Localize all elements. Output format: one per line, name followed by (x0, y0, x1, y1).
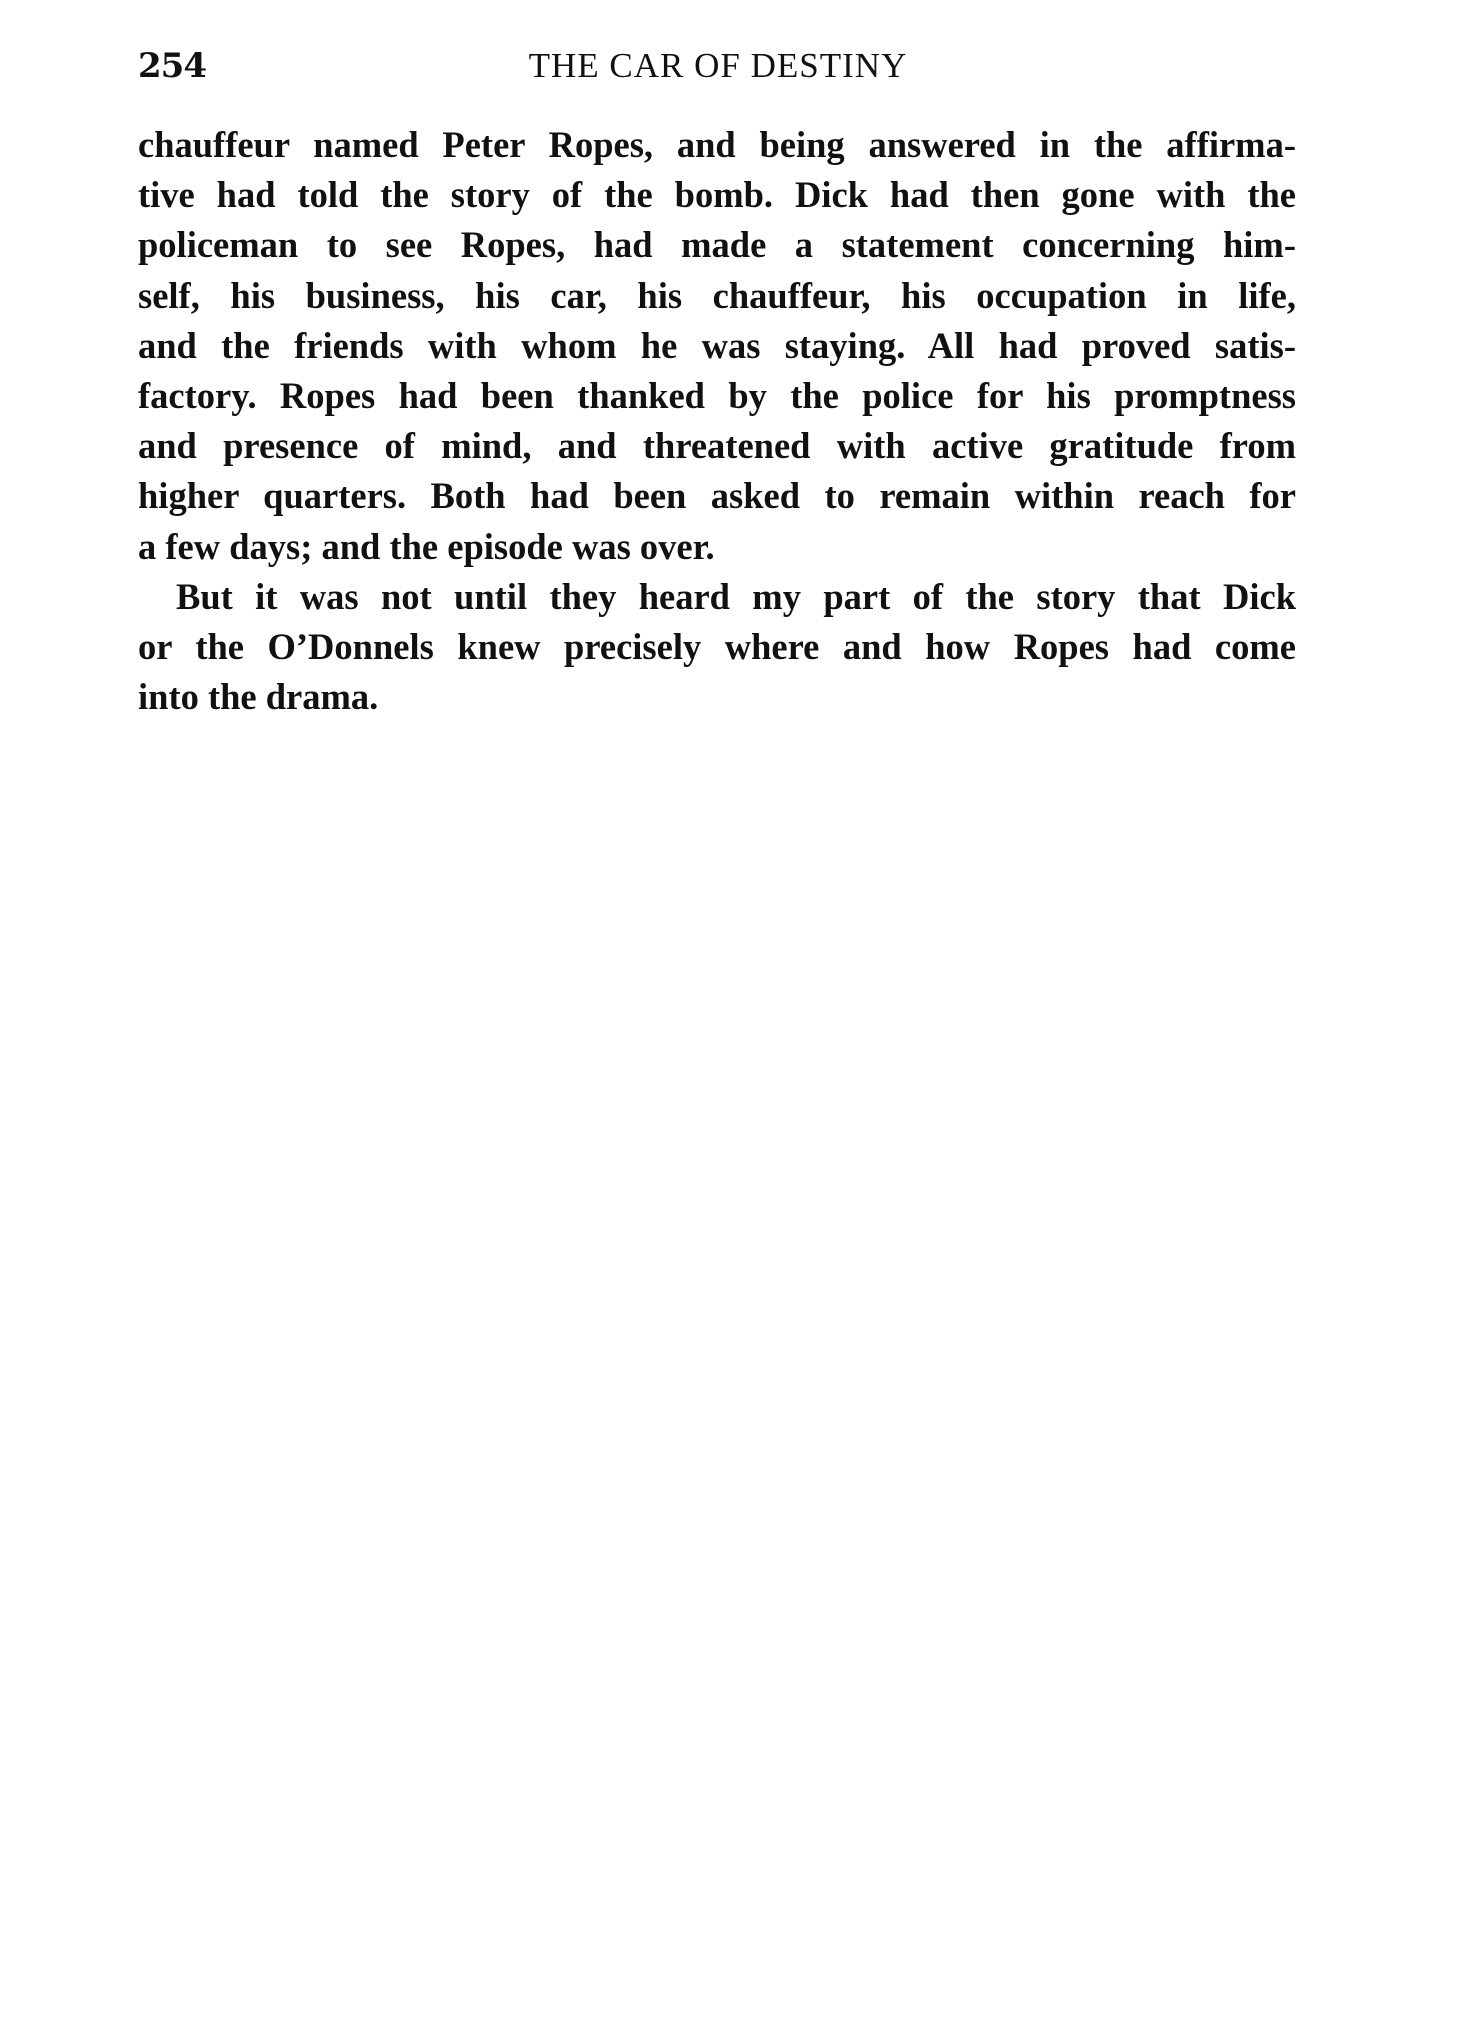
running-title: THE CAR OF DESTINY (138, 46, 1298, 86)
text-line: self, his business, his car, his chauffe… (138, 271, 1296, 321)
running-head: 254 THE CAR OF DESTINY (138, 46, 1298, 96)
text-line: and the friends with whom he was staying… (138, 321, 1296, 371)
body-text: chauffeur named Peter Ropes, and being a… (138, 120, 1296, 722)
paragraph-1: chauffeur named Peter Ropes, and being a… (138, 120, 1296, 572)
text-line: tive had told the story of the bomb. Dic… (138, 170, 1296, 220)
text-line: chauffeur named Peter Ropes, and being a… (138, 120, 1296, 170)
text-line: higher quarters. Both had been asked to … (138, 471, 1296, 521)
text-line: factory. Ropes had been thanked by the p… (138, 371, 1296, 421)
paragraph-2: But it was not until they heard my part … (138, 572, 1296, 723)
text-line: and presence of mind, and threatened wit… (138, 421, 1296, 471)
text-line: or the O’Donnels knew precisely where an… (138, 622, 1296, 672)
text-line: policeman to see Ropes, had made a state… (138, 220, 1296, 270)
book-page: 254 THE CAR OF DESTINY chauffeur named P… (0, 0, 1470, 2042)
text-line: a few days; and the episode was over. (138, 522, 1296, 572)
text-line: into the drama. (138, 672, 1296, 722)
text-line: But it was not until they heard my part … (138, 572, 1296, 622)
